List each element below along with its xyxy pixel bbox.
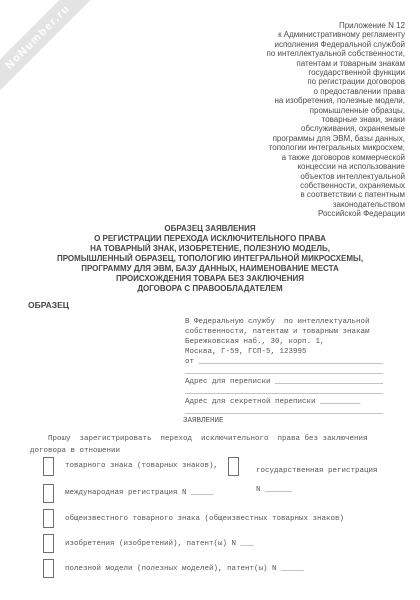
regulation-header-note: Приложение N 12к Административному регла… bbox=[267, 21, 405, 219]
watermark-corner: NoNumber.ru bbox=[0, 0, 132, 132]
statement-heading: ЗАЯВЛЕНИЕ bbox=[183, 417, 224, 425]
trademark-label: товарного знака (товарных знаков), bbox=[65, 462, 218, 470]
international-registration-label: международная регистрация N _____ bbox=[65, 489, 214, 497]
state-registration-label: государственная регистрация N ______ bbox=[247, 458, 378, 496]
international-registration-checkbox[interactable] bbox=[43, 484, 54, 503]
well-known-trademark-label: общеизвестного товарного знака (общеизве… bbox=[65, 515, 344, 523]
watermark-ribbon: NoNumber.ru bbox=[0, 0, 116, 115]
state-registration-number-line: N ______ bbox=[256, 486, 292, 494]
document-title: ОБРАЗЕЦ ЗАЯВЛЕНИЯО РЕГИСТРАЦИИ ПЕРЕХОДА … bbox=[0, 224, 420, 294]
state-registration-label-line1: государственная регистрация bbox=[256, 467, 378, 475]
well-known-trademark-checkbox[interactable] bbox=[43, 509, 54, 528]
utility-model-label: полезной модели (полезных моделей), пате… bbox=[65, 565, 304, 573]
trademark-checkbox[interactable] bbox=[43, 457, 54, 476]
invention-checkbox[interactable] bbox=[43, 534, 54, 553]
state-registration-checkbox[interactable] bbox=[228, 457, 239, 476]
sample-label: ОБРАЗЕЦ bbox=[28, 300, 69, 310]
statement-paragraph: Прошу зарегистрировать переход исключите… bbox=[30, 434, 368, 457]
recipient-address-block: В Федеральную службу по интеллектуальной… bbox=[185, 317, 383, 417]
utility-model-checkbox[interactable] bbox=[43, 559, 54, 578]
invention-label: изобретения (изобретений), патент(ы) N _… bbox=[65, 540, 254, 548]
